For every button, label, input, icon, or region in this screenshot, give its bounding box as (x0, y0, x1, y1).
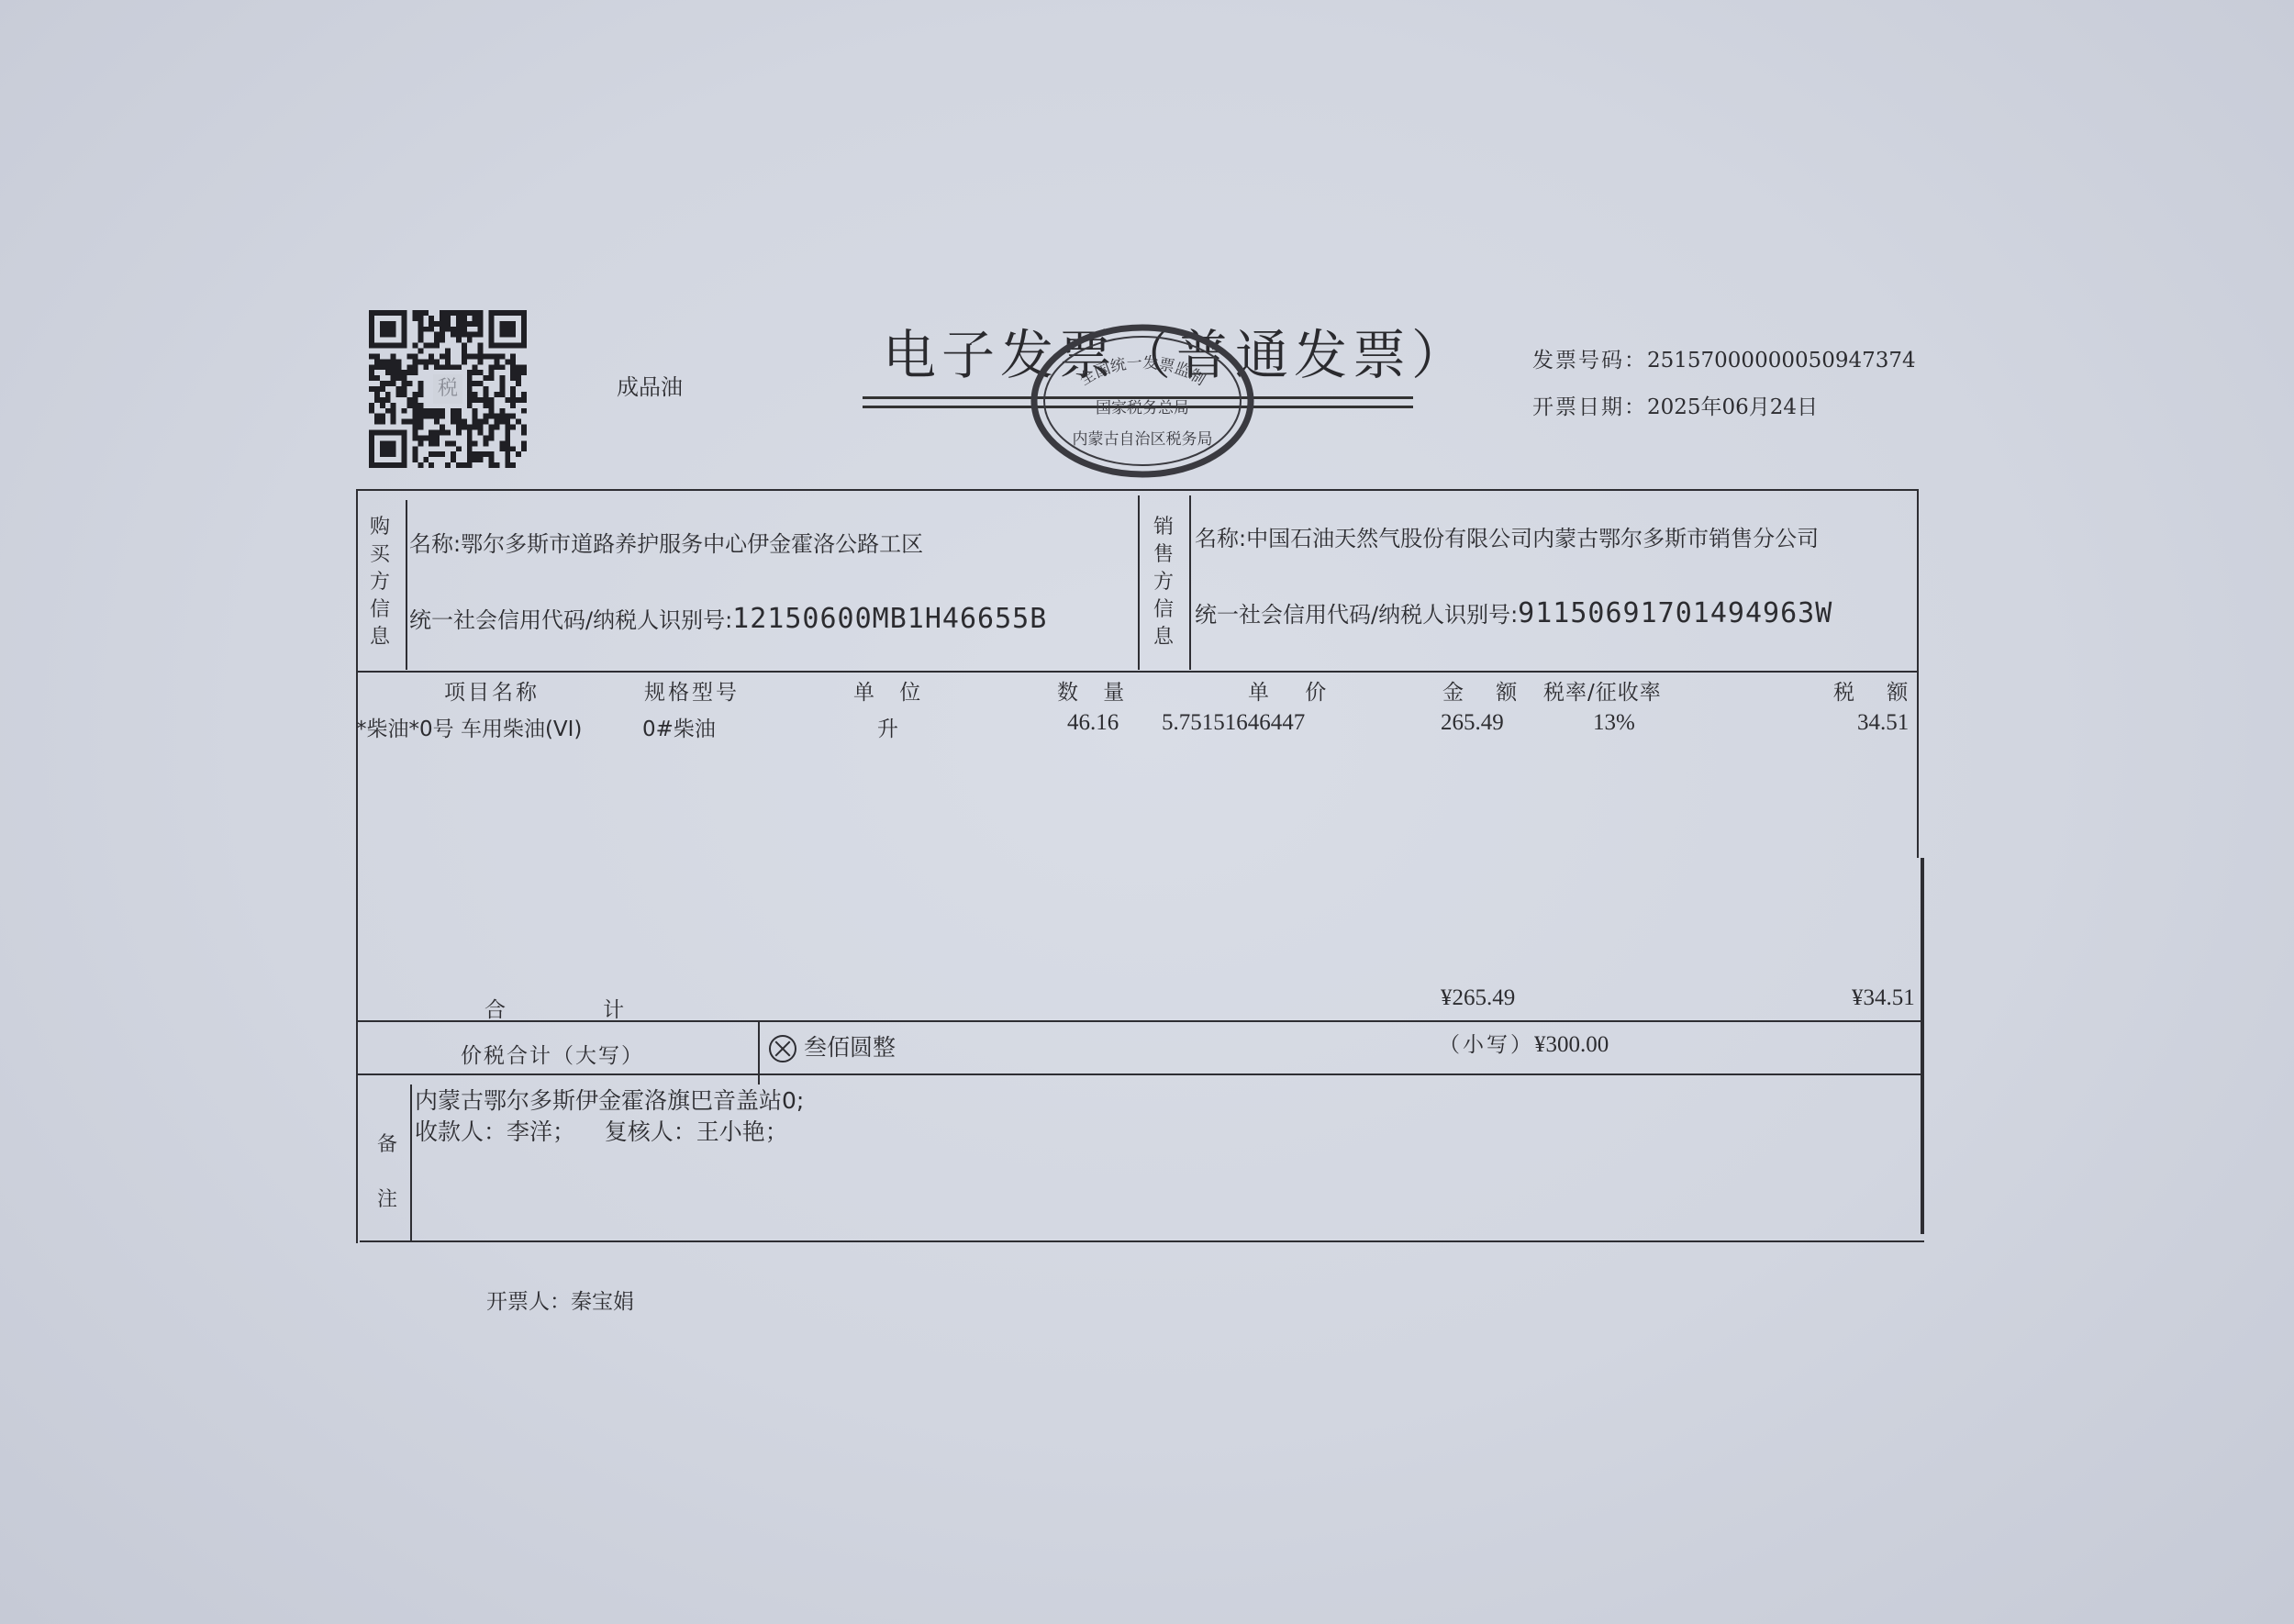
table-border (358, 1073, 1922, 1075)
table-border (356, 489, 358, 1243)
issue-date-label: 开票日期： (1532, 395, 1647, 419)
svg-text:国家税务总局: 国家税务总局 (1096, 399, 1189, 417)
invoice-number: 发票号码：25157000000050947374 (1532, 343, 1916, 373)
side-char: 信 (362, 596, 398, 624)
total-tax: ¥34.51 (1852, 985, 1915, 1011)
side-char: 息 (1145, 624, 1182, 651)
item-quantity: 46.16 (1067, 710, 1119, 736)
item-spec: 0#柴油 (642, 712, 716, 742)
otimes-icon (769, 1035, 796, 1062)
col-header-spec: 规格型号 (644, 675, 740, 706)
remarks-line: 收款人：李洋； 复核人：王小艳； (415, 1117, 804, 1148)
col-header-tax-amount: 税 额 (1833, 675, 1921, 706)
seller-name-value: 中国石油天然气股份有限公司内蒙古鄂尔多斯市销售分公司 (1246, 526, 1819, 551)
invoice-number-value: 25157000000050947374 (1647, 349, 1916, 373)
total-amount: ¥265.49 (1441, 985, 1515, 1011)
col-header-item-name: 项目名称 (444, 675, 540, 706)
seller-tax-id-value: 91150691701494963W (1518, 597, 1832, 629)
side-char: 销 (1145, 514, 1182, 541)
table-border (406, 500, 407, 670)
remarks-line: 内蒙古鄂尔多斯伊金霍洛旗巴音盖站0; (415, 1085, 804, 1117)
side-char: 方 (1145, 569, 1182, 596)
buyer-name-label: 名称: (409, 531, 461, 557)
side-char: 方 (362, 569, 398, 596)
total-label: 合 计 (484, 993, 627, 1023)
grand-total-label: 价税合计（大写） (461, 1039, 644, 1069)
seller-name: 名称:中国石油天然气股份有限公司内蒙古鄂尔多斯市销售分公司 (1195, 520, 1819, 552)
col-header-tax-rate: 税率/征收率 (1543, 675, 1662, 706)
table-border (1138, 495, 1140, 670)
grand-total-numeric: （小写）¥300.00 (1439, 1028, 1609, 1058)
side-char: 注 (369, 1173, 406, 1228)
buyer-name: 名称:鄂尔多斯市道路养护服务中心伊金霍洛公路工区 (409, 526, 923, 558)
tax-bureau-stamp: 全国统一发票监制 国家税务总局 内蒙古自治区税务局 (1028, 323, 1257, 479)
buyer-name-value: 鄂尔多斯市道路养护服务中心伊金霍洛公路工区 (461, 531, 923, 557)
side-char: 买 (362, 541, 398, 569)
issuer-label: 开票人： (486, 1290, 571, 1314)
table-border (1189, 495, 1191, 670)
col-header-unit-price: 单 价 (1248, 675, 1341, 706)
buyer-side-label: 购 买 方 信 息 (362, 514, 398, 651)
invoice-paper: 税 成品油 电子发票（普通发票） 全国统一发票监制 国家税务总局 内蒙古自治区税… (0, 0, 2294, 1624)
issue-date-value: 2025年06月24日 (1647, 395, 1818, 419)
issuer: 开票人：秦宝娟 (486, 1285, 634, 1315)
issue-date: 开票日期：2025年06月24日 (1532, 390, 1818, 420)
seller-tax-id: 统一社会信用代码/纳税人识别号:91150691701494963W (1195, 596, 1832, 629)
table-border (356, 489, 1919, 491)
grand-total-amount: ¥300.00 (1534, 1032, 1609, 1057)
seller-side-label: 销 售 方 信 息 (1145, 514, 1182, 651)
col-header-quantity: 数 量 (1057, 675, 1133, 706)
item-unit-price: 5.75151646447 (1162, 710, 1305, 736)
side-char: 售 (1145, 541, 1182, 569)
item-unit: 升 (877, 712, 898, 742)
item-tax-rate: 13% (1593, 710, 1635, 736)
issuer-name: 秦宝娟 (571, 1290, 634, 1314)
grand-total-small-label: （小写） (1439, 1033, 1534, 1057)
grand-total-in-words: 叁佰圆整 (769, 1029, 896, 1062)
item-name: *柴油*0号 车用柴油(VI) (356, 712, 582, 742)
col-header-unit: 单 位 (853, 675, 930, 706)
table-border (410, 1085, 412, 1240)
invoice-number-label: 发票号码： (1532, 349, 1647, 373)
side-char: 备 (369, 1118, 406, 1173)
item-tax-amount: 34.51 (1857, 710, 1909, 736)
tax-glyph: 税 (433, 374, 462, 404)
item-amount: 265.49 (1441, 710, 1504, 736)
table-border (1917, 489, 1919, 858)
svg-text:全国统一发票监制: 全国统一发票监制 (1076, 354, 1208, 390)
qr-code: 税 (369, 310, 527, 468)
svg-text:内蒙古自治区税务局: 内蒙古自治区税务局 (1073, 430, 1213, 449)
side-char: 购 (362, 514, 398, 541)
side-char: 信 (1145, 596, 1182, 624)
grand-total-words-value: 叁佰圆整 (804, 1034, 896, 1061)
buyer-tax-id-label: 统一社会信用代码/纳税人识别号: (409, 607, 732, 633)
seller-name-label: 名称: (1195, 526, 1246, 551)
seller-tax-id-label: 统一社会信用代码/纳税人识别号: (1195, 602, 1518, 628)
buyer-tax-id-value: 12150600MB1H46655B (732, 603, 1047, 635)
col-header-amount: 金 额 (1442, 675, 1530, 706)
table-border (360, 1240, 1924, 1242)
remarks-side-label: 备 注 (369, 1118, 406, 1228)
table-border (356, 671, 1919, 673)
remarks-text: 内蒙古鄂尔多斯伊金霍洛旗巴音盖站0; 收款人：李洋； 复核人：王小艳； (415, 1085, 804, 1148)
table-border (1921, 858, 1924, 1234)
invoice-category: 成品油 (617, 369, 683, 401)
side-char: 息 (362, 624, 398, 651)
buyer-tax-id: 统一社会信用代码/纳税人识别号:12150600MB1H46655B (409, 602, 1047, 635)
